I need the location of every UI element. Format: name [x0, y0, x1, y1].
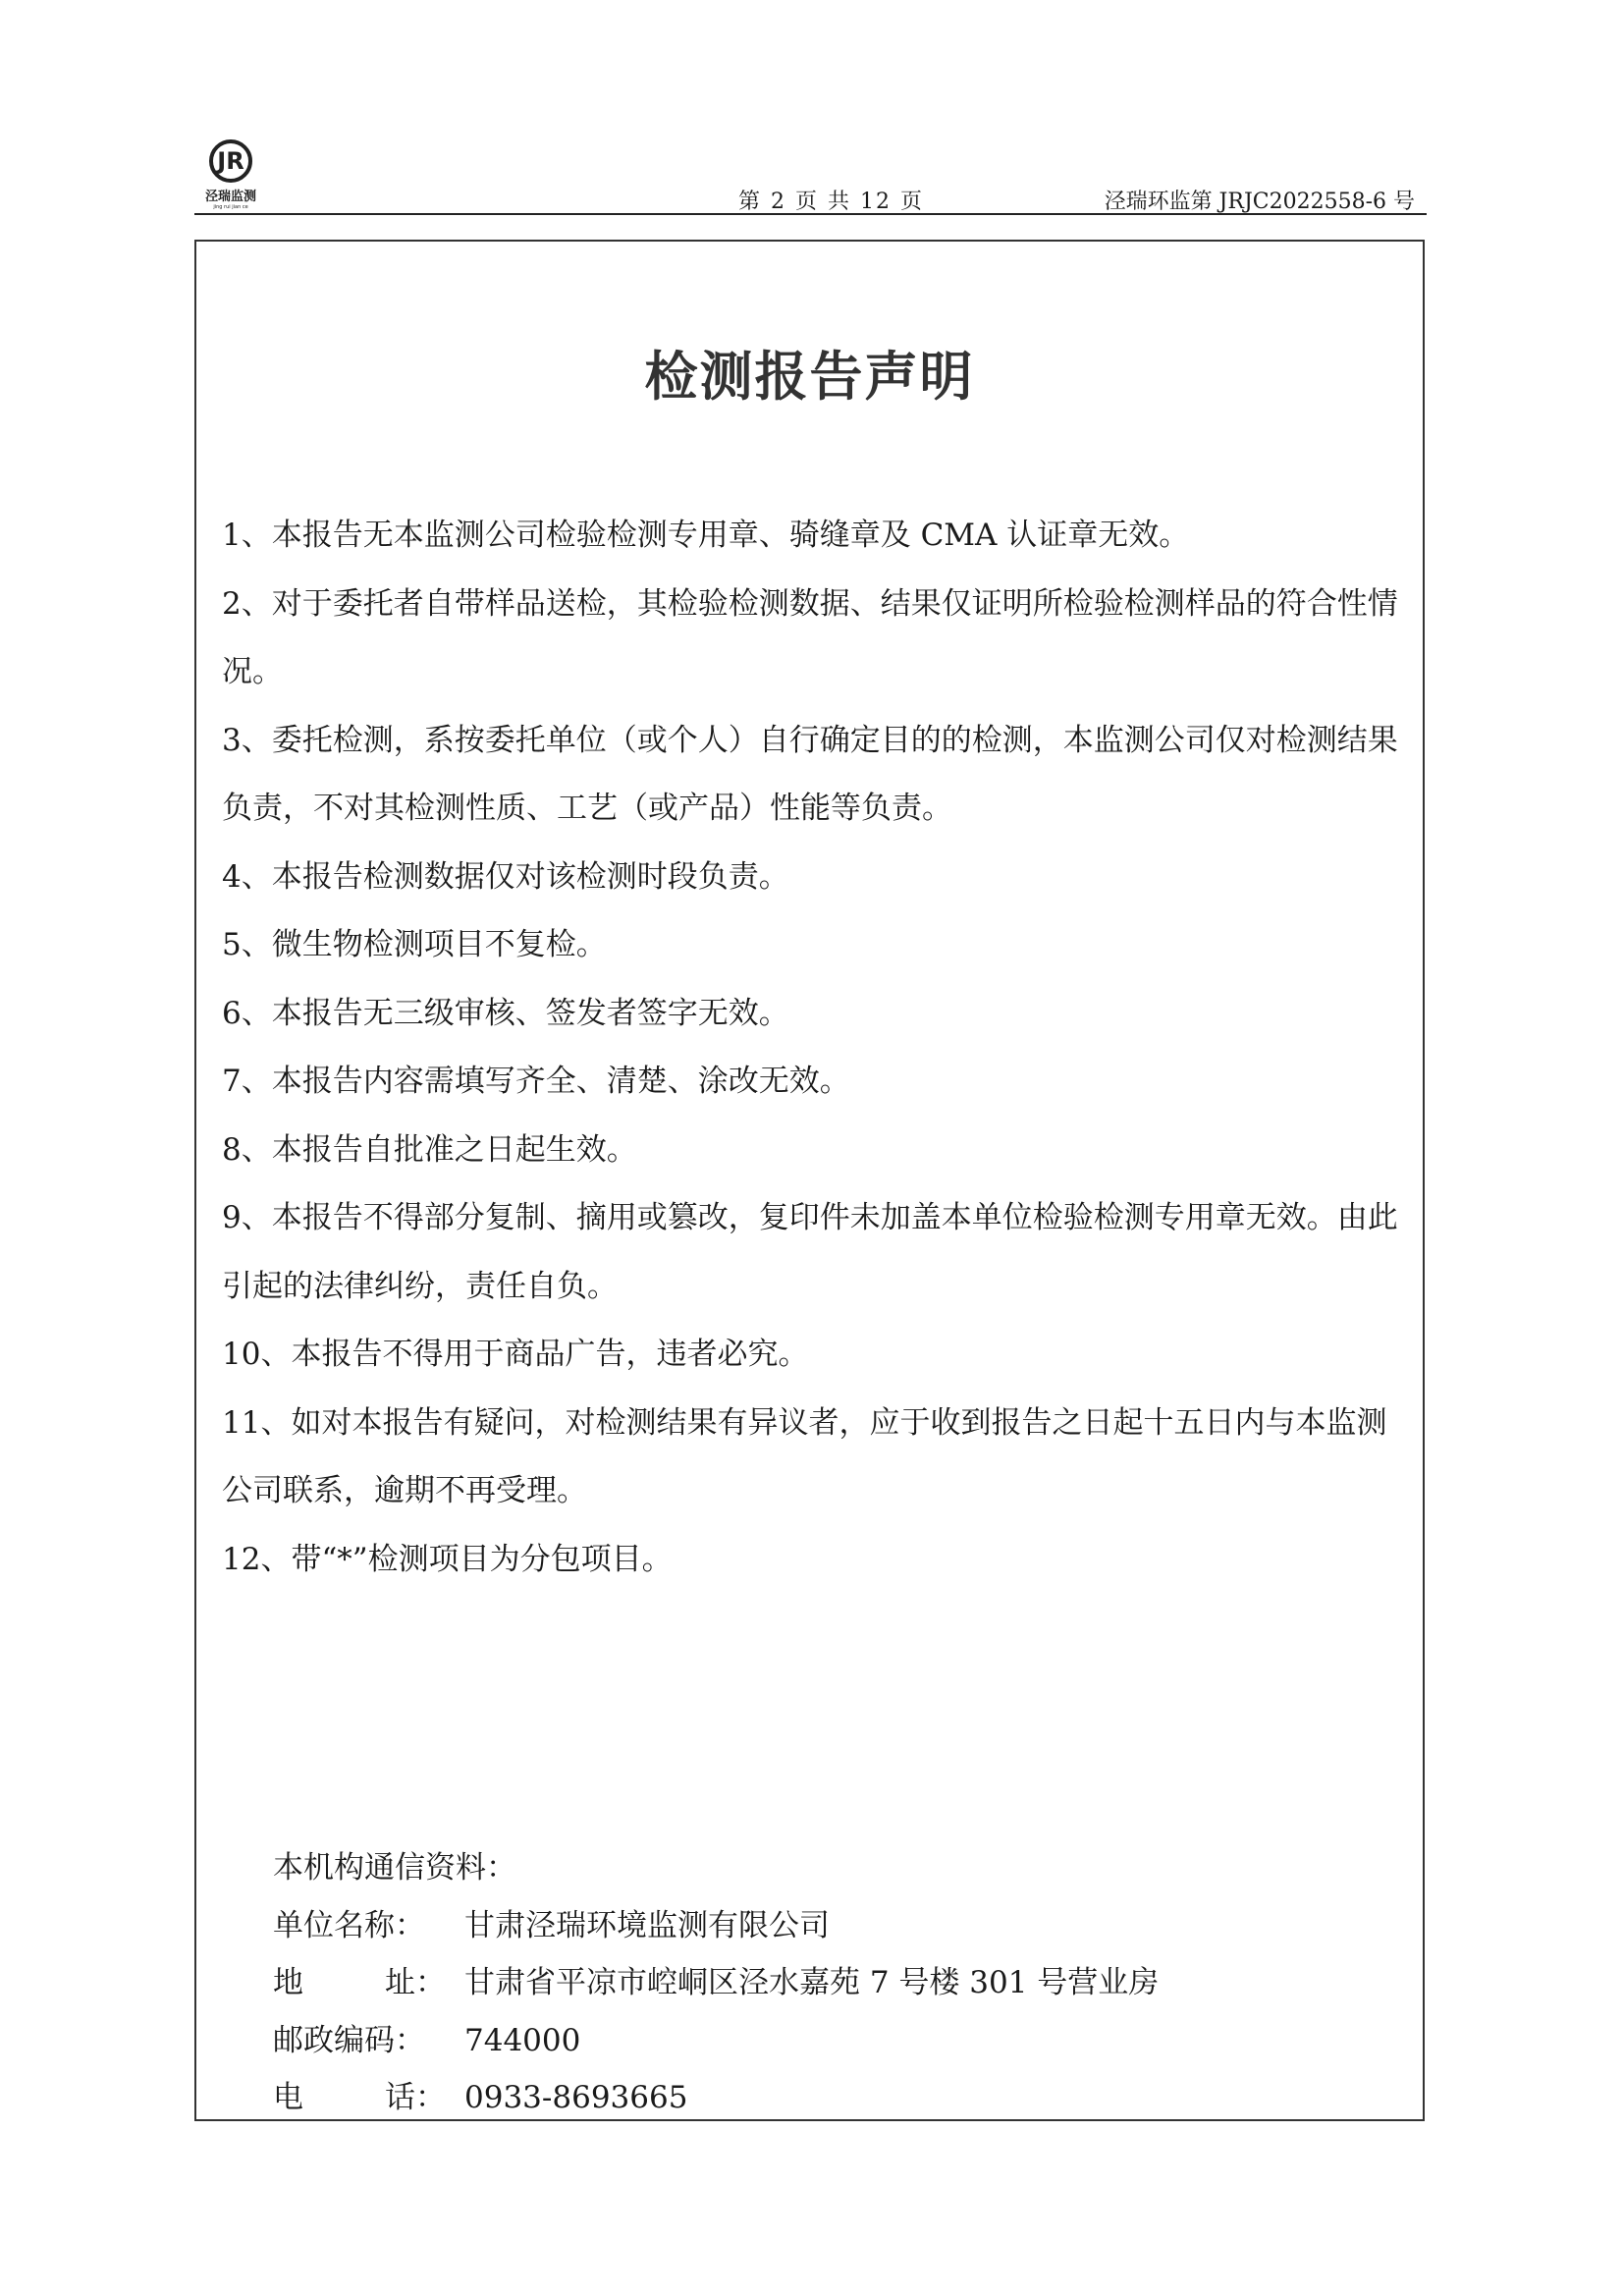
statement-item: 8、本报告自批准之日起生效。 — [222, 1117, 1409, 1185]
statement-item: 10、本报告不得用于商品广告，违者必究。 — [222, 1321, 1409, 1390]
statement-item: 12、带“*”检测项目为分包项目。 — [222, 1526, 1409, 1595]
page-indicator: 第 2 页 共 12 页 — [738, 185, 924, 215]
logo-name: 泾瑞监测 — [199, 186, 262, 204]
statement-list: 1、本报告无本监测公司检验检测专用章、骑缝章及 CMA 认证章无效。 2、对于委… — [222, 502, 1409, 1594]
company-logo: JR 泾瑞监测 jing rui jian ce — [199, 139, 262, 210]
statement-item: 9、本报告不得部分复制、摘用或篡改，复印件未加盖本单位检验检测专用章无效。由此引… — [222, 1184, 1409, 1321]
contact-row-address: 地址： 甘肃省平凉市崆峒区泾水嘉苑 7 号楼 301 号营业房 — [273, 1954, 1159, 2012]
contact-row-phone: 电话： 0933-8693665 — [273, 2069, 1159, 2127]
statement-item: 1、本报告无本监测公司检验检测专用章、骑缝章及 CMA 认证章无效。 — [222, 502, 1409, 571]
contact-label: 单位名称： — [273, 1897, 464, 1955]
report-number: 泾瑞环监第 JRJC2022558-6 号 — [1105, 185, 1415, 215]
contact-label: 地址： — [273, 1954, 464, 2012]
contact-value-postcode: 744000 — [464, 2012, 580, 2070]
contact-value-company: 甘肃泾瑞环境监测有限公司 — [464, 1897, 830, 1955]
statement-item: 2、对于委托者自带样品送检，其检验检测数据、结果仅证明所检验检测样品的符合性情况… — [222, 571, 1409, 707]
logo-pinyin: jing rui jian ce — [199, 204, 262, 210]
statement-item: 7、本报告内容需填写齐全、清楚、涂改无效。 — [222, 1048, 1409, 1117]
statement-item: 11、如对本报告有疑问，对检测结果有异议者，应于收到报告之日起十五日内与本监测公… — [222, 1390, 1409, 1526]
contact-row-company: 单位名称： 甘肃泾瑞环境监测有限公司 — [273, 1897, 1159, 1955]
contact-label: 电话： — [273, 2069, 464, 2127]
statement-item: 6、本报告无三级审核、签发者签字无效。 — [222, 980, 1409, 1049]
contact-label: 邮政编码： — [273, 2012, 464, 2070]
contact-value-address: 甘肃省平凉市崆峒区泾水嘉苑 7 号楼 301 号营业房 — [464, 1954, 1159, 2012]
statement-frame: 检测报告声明 1、本报告无本监测公司检验检测专用章、骑缝章及 CMA 认证章无效… — [194, 240, 1425, 2121]
header-divider — [194, 213, 1427, 215]
contact-value-phone: 0933-8693665 — [464, 2069, 687, 2127]
jr-circle-logo-icon: JR — [209, 139, 252, 183]
page-title: 检测报告声明 — [196, 335, 1423, 410]
statement-item: 4、本报告检测数据仅对该检测时段负责。 — [222, 844, 1409, 912]
contact-heading: 本机构通信资料： — [273, 1839, 1159, 1897]
statement-item: 5、微生物检测项目不复检。 — [222, 911, 1409, 980]
contact-info: 本机构通信资料： 单位名称： 甘肃泾瑞环境监测有限公司 地址： 甘肃省平凉市崆峒… — [273, 1839, 1159, 2127]
statement-item: 3、委托检测，系按委托单位（或个人）自行确定目的的检测，本监测公司仅对检测结果负… — [222, 707, 1409, 844]
contact-row-postcode: 邮政编码： 744000 — [273, 2012, 1159, 2070]
